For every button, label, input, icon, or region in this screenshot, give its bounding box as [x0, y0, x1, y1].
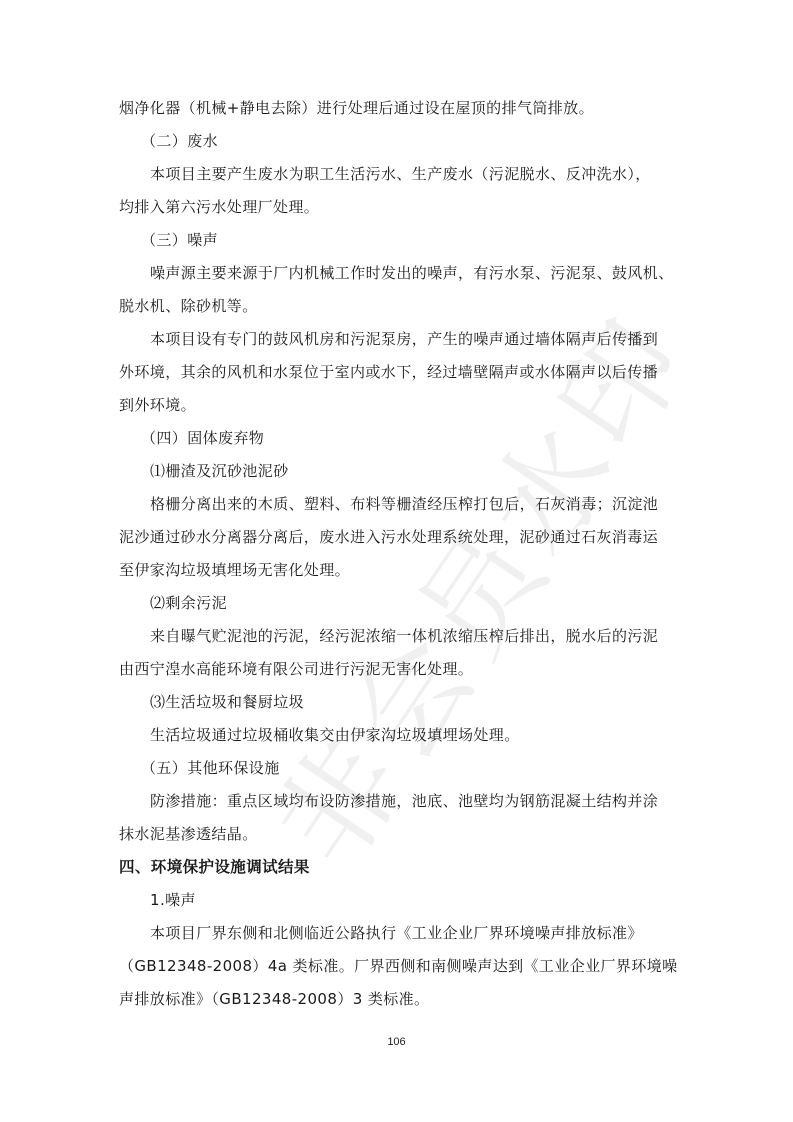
- text-line: 本项目设有专门的鼓风机房和污泥泵房，产生的噪声通过墙体隔声后传播到: [150, 329, 658, 349]
- text-line: 脱水机、除砂机等。: [119, 296, 258, 316]
- section-heading-noise: （三）噪声: [141, 230, 218, 250]
- text-line: 来自曝气贮泥池的污泥，经污泥浓缩一体机浓缩压榨后排出，脱水后的污泥: [150, 626, 658, 646]
- section-heading-wastewater: （二）废水: [141, 131, 218, 151]
- text-line: 外环境，其余的风机和水泵位于室内或水下，经过墙壁隔声或水体隔声以后传播: [119, 362, 658, 382]
- subheading-noise-results: 1.噪声: [150, 890, 196, 910]
- chapter-heading: 四、环境保护设施调试结果: [119, 857, 310, 877]
- subheading-screenings: ⑴栅渣及沉砂池泥砂: [150, 461, 289, 481]
- text-line: 生活垃圾通过垃圾桶收集交由伊家沟垃圾填埋场处理。: [150, 725, 520, 745]
- text-line: 由西宁湟水高能环境有限公司进行污泥无害化处理。: [119, 659, 473, 679]
- text-line: 泥沙通过砂水分离器分离后，废水进入污水处理系统处理，泥砂通过石灰消毒运: [119, 527, 658, 547]
- text-line: 本项目主要产生废水为职工生活污水、生产废水（污泥脱水、反冲洗水），: [150, 164, 651, 184]
- section-heading-other-facilities: （五）其他环保设施: [141, 758, 280, 778]
- text-line: 烟净化器（机械+静电去除）进行处理后通过设在屋顶的排气筒排放。: [119, 98, 594, 118]
- text-line: 抹水泥基渗透结晶。: [119, 824, 258, 844]
- text-line: 本项目厂界东侧和北侧临近公路执行《工业企业厂界环境噪声排放标准》: [150, 923, 643, 943]
- text-line: 至伊家沟垃圾填埋场无害化处理。: [119, 560, 350, 580]
- subheading-domestic-garbage: ⑶生活垃圾和餐厨垃圾: [150, 692, 304, 712]
- section-heading-solid-waste: （四）固体废弃物: [141, 428, 264, 448]
- text-line: 噪声源主要来源于厂内机械工作时发出的噪声，有污水泵、污泥泵、鼓风机、: [150, 263, 674, 283]
- subheading-excess-sludge: ⑵剩余污泥: [150, 593, 227, 613]
- page-number: 106: [0, 1036, 793, 1048]
- text-line: 声排放标准》（GB12348-2008）3 类标准。: [119, 989, 429, 1009]
- text-line: （GB12348-2008）4a 类标准。厂界西侧和南侧噪声达到《工业企业厂界环…: [119, 956, 678, 976]
- text-line: 均排入第六污水处理厂处理。: [119, 197, 319, 217]
- text-line: 格栅分离出来的木质、塑料、布料等栅渣经压榨打包后，石灰消毒；沉淀池: [150, 494, 658, 514]
- text-line: 到外环境。: [119, 395, 196, 415]
- text-line: 防渗措施：重点区域均布设防渗措施，池底、池壁均为钢筋混凝土结构并涂: [150, 791, 658, 811]
